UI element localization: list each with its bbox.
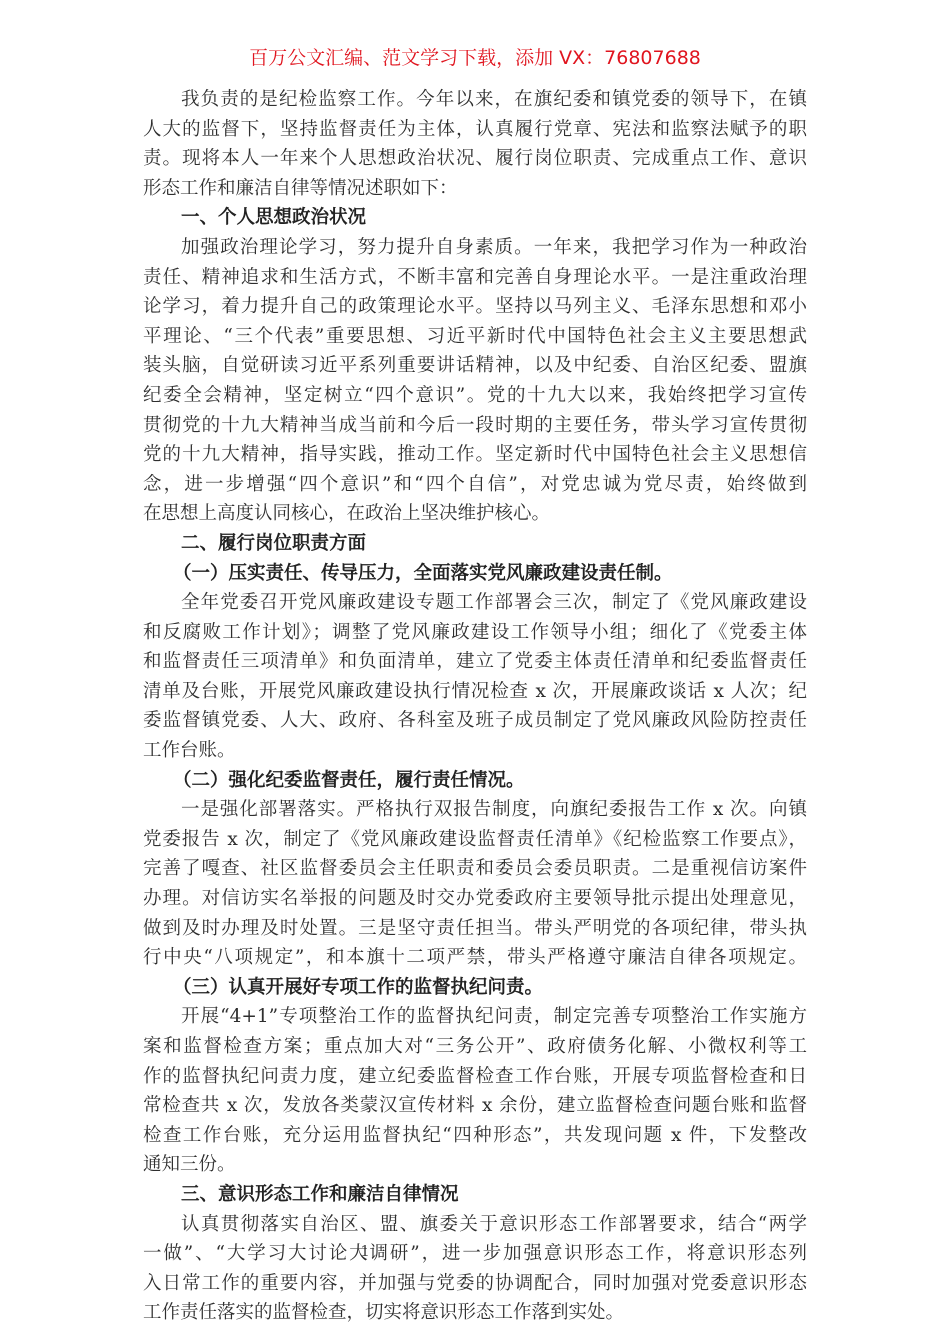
text-line: 清单及台账，开展党风廉政建设执行情况检查 x 次，开展廉政谈话 x 人次；纪 — [143, 677, 807, 707]
text-line: 我负责的是纪检监察工作。今年以来，在旗纪委和镇党委的领导下，在镇 — [143, 85, 807, 115]
text-line: 做到及时办理及时处置。三是坚守责任担当。带头严明党的各项纪律，带头执 — [143, 914, 807, 944]
subsection-heading-2-1: （一）压实责任、传导压力，全面落实党风廉政建设责任制。 — [143, 559, 807, 589]
text-line: 念，进一步增强“四个意识”和“四个自信”，对党忠诚为党尽责，始终做到 — [143, 470, 807, 500]
text-line: 案和监督检查方案；重点加大对“三务公开”、政府债务化解、小微权利等工 — [143, 1032, 807, 1062]
subsection-heading-2-3: （三）认真开展好专项工作的监督执纪问责。 — [143, 973, 807, 1003]
text-line: 全年党委召开党风廉政建设专题工作部署会三次，制定了《党风廉政建设 — [143, 588, 807, 618]
section-heading-1: 一、个人思想政治状况 — [143, 203, 807, 233]
text-line: 常检查共 x 次，发放各类蒙汉宣传材料 x 余份，建立监督检查问题台账和监督 — [143, 1091, 807, 1121]
section1-paragraph: 加强政治理论学习，努力提升自身素质。一年来，我把学习作为一种政治 责任、精神追求… — [143, 233, 807, 529]
text-line: 入日常工作的重要内容，并加强与党委的协调配合，同时加强对党委意识形态 — [143, 1269, 807, 1299]
text-line: 贯彻党的十九大精神当成当前和今后一段时期的主要任务，带头学习宣传贯彻 — [143, 411, 807, 441]
subsection-2-1-paragraph: 全年党委召开党风廉政建设专题工作部署会三次，制定了《党风廉政建设 和反腐败工作计… — [143, 588, 807, 766]
subsection-2-2-paragraph: 一是强化部署落实。严格执行双报告制度，向旗纪委报告工作 x 次。向镇 党委报告 … — [143, 795, 807, 973]
text-line: 一是强化部署落实。严格执行双报告制度，向旗纪委报告工作 x 次。向镇 — [143, 795, 807, 825]
section-heading-2: 二、履行岗位职责方面 — [143, 529, 807, 559]
text-line: 形态工作和廉洁自律等情况述职如下： — [143, 174, 807, 204]
text-line: 工作台账。 — [143, 736, 807, 766]
text-line: 办理。对信访实名举报的问题及时交办党委政府主要领导批示提出处理意见， — [143, 884, 807, 914]
text-line: 加强政治理论学习，努力提升自身素质。一年来，我把学习作为一种政治 — [143, 233, 807, 263]
text-line: 责。现将本人一年来个人思想政治状况、履行岗位职责、完成重点工作、意识 — [143, 144, 807, 174]
subsection-2-3-paragraph: 开展“4+1”专项整治工作的监督执纪问责，制定完善专项整治工作实施方 案和监督检… — [143, 1002, 807, 1180]
header-banner: 百万公文汇编、范文学习下载，添加 VX：76807688 — [0, 44, 950, 72]
text-line: 在思想上高度认同核心，在政治上坚决维护核心。 — [143, 499, 807, 529]
text-line: 纪委全会精神，坚定树立“四个意识”。党的十九大以来，我始终把学习宣传 — [143, 381, 807, 411]
text-line: 通知三份。 — [143, 1150, 807, 1180]
text-line: 委监督镇党委、人大、政府、各科室及班子成员制定了党风廉政风险防控责任 — [143, 706, 807, 736]
text-line: 平理论、“三个代表”重要思想、习近平新时代中国特色社会主义主要思想武 — [143, 322, 807, 352]
text-line: 完善了嘎查、社区监督委员会主任职责和委员会委员职责。二是重视信访案件 — [143, 854, 807, 884]
text-line: 责任、精神追求和生活方式，不断丰富和完善自身理论水平。一是注重政治理 — [143, 263, 807, 293]
text-line: 行中央“八项规定”，和本旗十二项严禁，带头严格遵守廉洁自律各项规定。 — [143, 943, 807, 973]
text-line: 一做”、“大学习大讨论大调研”，进一步加强意识形态工作，将意识形态列 — [143, 1239, 807, 1269]
text-line: 和监督责任三项清单》和负面清单，建立了党委主体责任清单和纪委监督责任 — [143, 647, 807, 677]
section3-paragraph: 认真贯彻落实自治区、盟、旗委关于意识形态工作部署要求，结合“两学 一做”、“大学… — [143, 1210, 807, 1328]
text-line: 检查工作台账，充分运用监督执纪“四种形态”，共发现问题 x 件，下发整改 — [143, 1121, 807, 1151]
text-line: 论学习，着力提升自己的政策理论水平。坚持以马列主义、毛泽东思想和邓小 — [143, 292, 807, 322]
text-line: 装头脑，自觉研读习近平系列重要讲话精神，以及中纪委、自治区纪委、盟旗 — [143, 351, 807, 381]
text-line: 工作责任落实的监督检查，切实将意识形态工作落到实处。 — [143, 1298, 807, 1328]
document-body: 我负责的是纪检监察工作。今年以来，在旗纪委和镇党委的领导下，在镇 人大的监督下，… — [143, 85, 807, 1328]
intro-paragraph: 我负责的是纪检监察工作。今年以来，在旗纪委和镇党委的领导下，在镇 人大的监督下，… — [143, 85, 807, 203]
subsection-heading-2-2: （二）强化纪委监督责任，履行责任情况。 — [143, 766, 807, 796]
document-page: 百万公文汇编、范文学习下载，添加 VX：76807688 我负责的是纪检监察工作… — [0, 0, 950, 1344]
text-line: 作的监督执纪问责力度，建立纪委监督检查工作台账，开展专项监督检查和日 — [143, 1062, 807, 1092]
section-heading-3: 三、意识形态工作和廉洁自律情况 — [143, 1180, 807, 1210]
text-line: 认真贯彻落实自治区、盟、旗委关于意识形态工作部署要求，结合“两学 — [143, 1210, 807, 1240]
text-line: 党的十九大精神，指导实践，推动工作。坚定新时代中国特色社会主义思想信 — [143, 440, 807, 470]
page-number: 1 — [355, 1242, 375, 1260]
text-line: 开展“4+1”专项整治工作的监督执纪问责，制定完善专项整治工作实施方 — [143, 1002, 807, 1032]
text-line: 和反腐败工作计划》；调整了党风廉政建设工作领导小组；细化了《党委主体 — [143, 618, 807, 648]
text-line: 党委报告 x 次，制定了《党风廉政建设监督责任清单》《纪检监察工作要点》， — [143, 825, 807, 855]
text-line: 人大的监督下，坚持监督责任为主体，认真履行党章、宪法和监察法赋予的职 — [143, 115, 807, 145]
